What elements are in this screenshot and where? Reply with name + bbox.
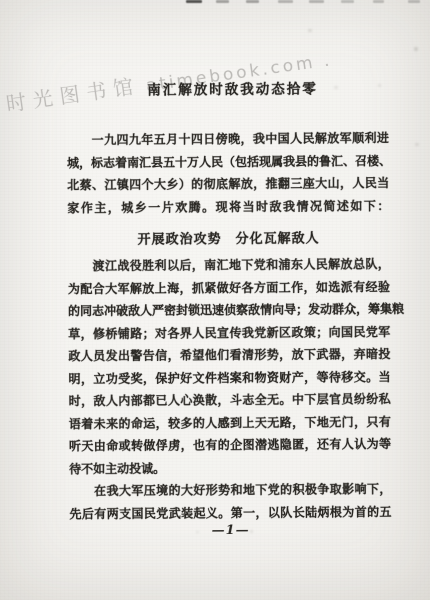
scan-speck (196, 531, 199, 533)
scan-speck (414, 47, 418, 51)
text-line: 语着未来的命运，较多的人感到上天无路，下地无门，只有 (69, 410, 391, 435)
scan-speck (378, 84, 381, 87)
scanned-document-page: 时光图书馆atimebook.com . 南汇解放时敌我动态拾零 一九四九年五月… (0, 0, 430, 600)
paragraph-political-offensive: 渡江战役胜利以后，南汇地下党和浦东人民解放总队， 为配合大军解放上海，抓紧做好各… (68, 253, 392, 480)
text-line: 渡江战役胜利以后，南汇地下党和浦东人民解放总队， (68, 253, 390, 278)
paragraph-uprisings: 在我大军压境的大好形势和地下党的积极争取影响下， 先后有两支国民党武装起义。第一… (69, 478, 391, 525)
scan-speck (250, 530, 253, 533)
text-line: 明，立功受奖，保护好文件档案和物资财产，等待移交。当 (68, 365, 390, 390)
text-line: 草，修桥铺路；对各界人民宣传我党新区政策；向国民党军 (68, 320, 390, 345)
text-line: 为配合大军解放上海，抓紧做好各方面工作，如选派有经验 (68, 275, 390, 300)
paragraph-intro: 一九四九年五月十四日傍晚，我中国人民解放军顺利进 城，标志着南汇县五十万人民（包… (67, 127, 390, 219)
text-line: 北蔡、江镇四个大乡）的彻底解放，推翻三座大山，人民当 (67, 172, 389, 197)
section-heading: 开展政治攻势 分化瓦解敌人 (68, 227, 390, 248)
text-line: 一九四九年五月十四日傍晚，我中国人民解放军顺利进 (67, 127, 389, 152)
text-line: 时，敌人内部都已人心涣散，斗志全无。中下层官员纷纷私 (69, 388, 391, 413)
document-title: 南汇解放时敌我动态拾零 (66, 77, 388, 99)
bleed-dash (408, 0, 420, 3)
text-line: 政人员发出警告信，希望他们看清形势，放下武器，弃暗投 (68, 343, 390, 368)
text-line: 听天由命或转做俘虏，也有的企图潜逃隐匿，还有人认为等 (69, 433, 391, 458)
text-line: 待不如主动投诚。 (69, 455, 391, 480)
scan-speck (415, 143, 419, 146)
text-line: 在我大军压境的大好形势和地下党的积极争取影响下， (69, 478, 391, 503)
text-line: 城，标志着南汇县五十万人民（包括现属我县的鲁汇、召楼、 (67, 149, 389, 174)
scan-speck (308, 29, 312, 32)
text-line: 家作主，城乡一片欢腾。现将当时敌我情况简述如下： (67, 194, 389, 219)
text-line: 的同志冲破敌人严密封锁迅速侦察敌情向导；发动群众，筹集粮 (68, 298, 390, 323)
scan-speck (334, 86, 338, 89)
document-content: 南汇解放时敌我动态拾零 一九四九年五月十四日傍晚，我中国人民解放军顺利进 城，标… (66, 0, 392, 600)
page-number: —1— (70, 522, 392, 539)
